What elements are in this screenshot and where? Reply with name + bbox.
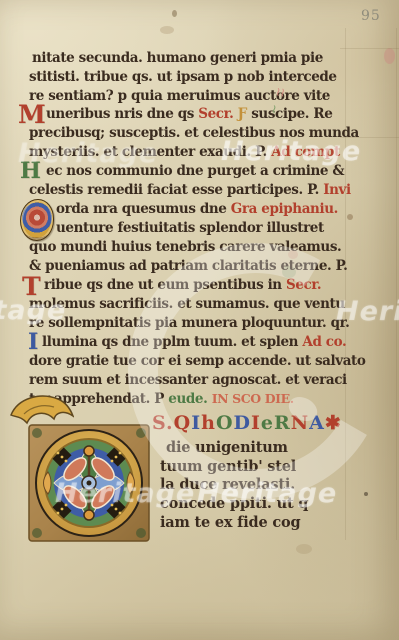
text-segment: Secr.	[286, 277, 321, 293]
manuscript-page: 95 nitate secunda. humano generi pmia pi…	[0, 0, 399, 640]
manuscript-text-line: tuum gentib' stel	[160, 460, 296, 475]
text-segment: suscipe. Re	[251, 106, 332, 122]
text-segment: mysteriis. et clementer exaudi. P.	[29, 144, 271, 160]
manuscript-text-line: & pueniamus ad patriam claritatis eterne…	[29, 260, 347, 274]
manuscript-text-line: rem suum et incessanter agnoscat. et ver…	[29, 374, 347, 388]
text-segment: dore gratie tue cor ei semp accende. ut …	[29, 353, 366, 369]
manuscript-text-line: dore gratie tue cor ei semp accende. ut …	[29, 355, 366, 369]
text-segment: celestis remedii faciat esse participes.…	[29, 182, 323, 198]
manuscript-text-line: llumina qs dne pplm tuum. et splen Ad co…	[42, 336, 346, 350]
ink-dot	[364, 492, 368, 496]
text-segment: IN SCO DIE.	[212, 391, 294, 406]
text-segment: orda nra quesumus dne	[56, 201, 231, 217]
display-letter: I	[251, 412, 261, 434]
manuscript-text-line: concede ppiti. ut q	[160, 497, 308, 512]
display-letter: S.	[152, 412, 174, 434]
ruling-line-vertical	[396, 28, 397, 540]
text-segment: Secr.	[198, 106, 237, 122]
text-segment: re sollempnitatis pia munera ploquuntur.…	[29, 315, 349, 331]
text-segment: Gra epiphaniu.	[231, 201, 338, 217]
text-segment: Ad compt	[271, 144, 340, 160]
manuscript-text-line: ribue qs dne ut eum psentibus in Secr.	[44, 279, 321, 293]
ruling-line-vertical	[345, 28, 346, 540]
manuscript-text-line: precibusq; susceptis. et celestibus nos …	[29, 127, 359, 141]
display-letter: A	[309, 412, 325, 434]
manuscript-text-line: die unigenitum	[166, 441, 288, 456]
manuscript-text-line: uenture festiuitatis splendor illustret	[56, 222, 324, 236]
display-letter: I	[191, 412, 201, 434]
display-letter: D	[234, 412, 251, 434]
parchment-fleck	[172, 10, 177, 17]
pen-initial-m: M	[18, 102, 46, 127]
manuscript-text-line: celestis remedii faciat esse participes.…	[29, 184, 351, 198]
text-segment: & pueniamus ad patriam claritatis eterne…	[29, 258, 347, 274]
illuminated-initial-c	[20, 199, 54, 241]
manuscript-text-line: ec nos communio dne purget a crimine &	[46, 165, 344, 179]
parchment-smudge	[160, 26, 174, 34]
display-letter: O	[216, 412, 234, 434]
manuscript-text-line: nitate secunda. humano generi pmia pie	[32, 52, 323, 66]
text-segment: Invi	[323, 182, 351, 198]
text-segment: nitate secunda. humano generi pmia pie	[32, 50, 323, 66]
manuscript-text-line: mysteriis. et clementer exaudi. P. Ad co…	[29, 146, 340, 160]
display-incipit: S.QIhODIeRNA✱	[152, 414, 342, 433]
parchment-smudge	[296, 544, 312, 554]
text-segment: quo mundi huius tenebris carere valeamus…	[29, 239, 341, 255]
text-segment: precibusq; susceptis. et celestibus nos …	[29, 125, 359, 141]
manuscript-text-line: stitisti. tribue qs. ut ipsam p nob inte…	[29, 71, 337, 85]
manuscript-text-line: uneribus nris dne qs Secr. Ƒ suscipe. Re	[46, 108, 332, 122]
manuscript-text-line: la duce revelasti.	[160, 478, 295, 493]
display-letter: e	[261, 412, 274, 434]
display-letter: N	[291, 412, 309, 434]
text-segment: uneribus nris dne qs	[46, 106, 198, 122]
pen-initial-i: I	[28, 331, 38, 353]
manuscript-text-line: molemus sacrificiis. et sumamus. que ven…	[29, 298, 345, 312]
ruling-line-horizontal	[340, 48, 399, 49]
text-segment: ec nos communio dne purget a crimine &	[46, 163, 344, 179]
manuscript-text-line: orda nra quesumus dne Gra epiphaniu.	[56, 203, 338, 217]
pen-initial-h: H	[20, 160, 41, 182]
pink-stain	[384, 48, 395, 64]
display-letter: h	[201, 412, 216, 434]
display-letter: Q	[174, 412, 192, 434]
display-letter: ✱	[325, 412, 342, 434]
text-segment: ribue qs dne ut eum psentibus in	[44, 277, 286, 293]
manuscript-text-line: quo mundi huius tenebris carere valeamus…	[29, 241, 341, 255]
display-letter: R	[274, 412, 291, 434]
text-segment: Ad co.	[302, 334, 346, 350]
margin-flourish: ≀≀	[275, 85, 286, 98]
text-segment: stitisti. tribue qs. ut ipsam p nob inte…	[29, 69, 337, 85]
text-segment: eude.	[168, 391, 211, 407]
text-segment: uenture festiuitatis splendor illustret	[56, 220, 324, 236]
text-segment: molemus sacrificiis. et sumamus. que ven…	[29, 296, 345, 312]
manuscript-text-line: re sollempnitatis pia munera ploquuntur.…	[29, 317, 349, 331]
text-segment: rem suum et incessanter agnoscat. et ver…	[29, 372, 347, 388]
text-segment: llumina qs dne pplm tuum. et splen	[42, 334, 302, 350]
parchment-fleck	[347, 214, 353, 220]
folio-number: 95	[361, 8, 381, 24]
manuscript-text-line: iam te ex fide cog	[160, 516, 300, 531]
illuminated-initial-d	[28, 424, 150, 542]
text-segment: Ƒ	[238, 106, 252, 122]
